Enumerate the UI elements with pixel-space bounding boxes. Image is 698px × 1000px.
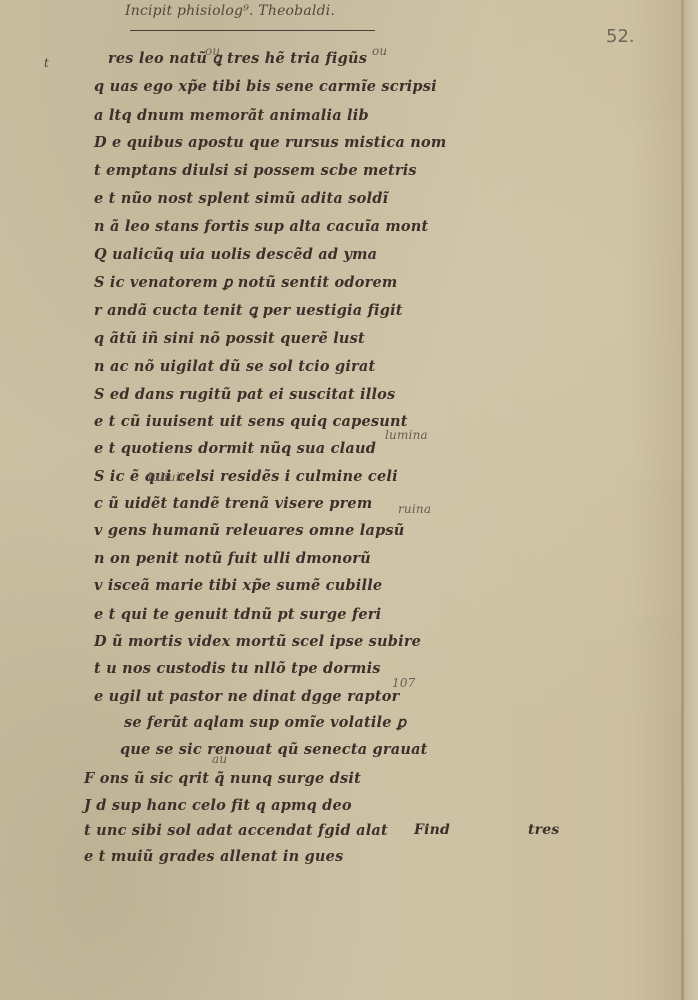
- page-fold-line: [681, 0, 684, 1000]
- verse-line: v gens humanũ releuares omne lapsũ: [94, 522, 405, 539]
- interlinear-gloss: au: [212, 752, 227, 766]
- verse-line: S ed dans rugitũ pat ei suscitat illos: [94, 386, 395, 403]
- verse-line: n ã leo stans fortis sup alta cacuĩa mon…: [94, 218, 428, 235]
- verse-line: res leo natũ ꝗ tres hẽ tria figũs: [108, 50, 367, 67]
- margin-mark: t: [44, 56, 49, 70]
- verse-line: e ugil ut pastor ne dinat dgge raptor: [94, 688, 399, 705]
- verse-line: a ltq dnum memorãt animalia lib: [94, 107, 369, 124]
- catchword: Find: [414, 822, 450, 838]
- heading: Incipit phisiolog⁹. Theobaldi.: [125, 3, 335, 19]
- manuscript-page: Incipit phisiolog⁹. Theobaldi. 52. t res…: [0, 0, 698, 1000]
- interlinear-gloss: ou: [372, 44, 387, 58]
- verse-line: q uas ego xp̃e tibi bis sene carmĩe scri…: [94, 78, 437, 95]
- verse-line: t u nos custodis tu nllõ tpe dormis: [94, 660, 381, 677]
- verse-line: S ic ẽ qui celsi residẽs i culmine celi: [94, 468, 398, 485]
- verse-line: e t quotiens dormit nũq sua claud: [94, 440, 376, 457]
- catchword: tres: [528, 822, 559, 838]
- verse-line: n ac nõ uigilat dũ se sol tcio girat: [94, 358, 375, 375]
- verse-line: e t qui te genuit tdnũ pt surge feri: [94, 606, 381, 623]
- verse-line: Q ualicũq uia uolis descẽd ad yma: [94, 246, 377, 263]
- verse-line: v isceã marie tibi xp̃e sumẽ cubille: [94, 577, 382, 594]
- interlinear-gloss: lumina: [385, 428, 428, 442]
- verse-line: D ũ mortis videx mortũ scel ipse subire: [94, 633, 421, 650]
- verse-line: se ferũt aqlam sup omĩe volatile ꝑ: [124, 714, 406, 731]
- folio-number: 52.: [606, 26, 635, 47]
- verse-line: S ic venatorem ꝑ notũ sentit odorem: [94, 274, 397, 291]
- heading-underline: [130, 30, 375, 31]
- interlinear-gloss: lubuit: [148, 470, 185, 484]
- verse-line: J d sup hanc celo fit q apmq deo: [84, 797, 352, 814]
- verse-line: F ons ũ sic qrit q̃ nunq surge dsit: [84, 770, 361, 787]
- verse-line: e t nũo nost splent simũ adita soldĩ: [94, 190, 388, 207]
- verse-line: e t muiũ grades allenat in gues: [84, 848, 343, 865]
- verse-line: c ũ uidẽt tandẽ trenã visere prem: [94, 495, 372, 512]
- interlinear-gloss: ruina: [398, 502, 431, 516]
- page-edge: [684, 0, 698, 1000]
- interlinear-gloss: 107: [392, 676, 416, 690]
- verse-line: n on penit notũ fuit ulli dmonorũ: [94, 550, 371, 567]
- verse-line: t emptans diulsi si possem scbe metris: [94, 162, 417, 179]
- verse-line: r andã cucta tenit ꝗ per uestigia figit: [94, 302, 403, 319]
- verse-line: que se sic renouat qũ senecta grauat: [120, 741, 428, 758]
- interlinear-gloss: ou: [205, 44, 220, 58]
- verse-line: D e quibus apostu que rursus mistica nom: [94, 134, 446, 151]
- verse-line: t unc sibi sol adat accendat fgid alat: [84, 822, 388, 839]
- verse-line: e t cũ iuuisent uit sens quiq capesunt: [94, 413, 408, 430]
- verse-line: q ãtũ iñ sini nõ possit querẽ lust: [94, 330, 365, 347]
